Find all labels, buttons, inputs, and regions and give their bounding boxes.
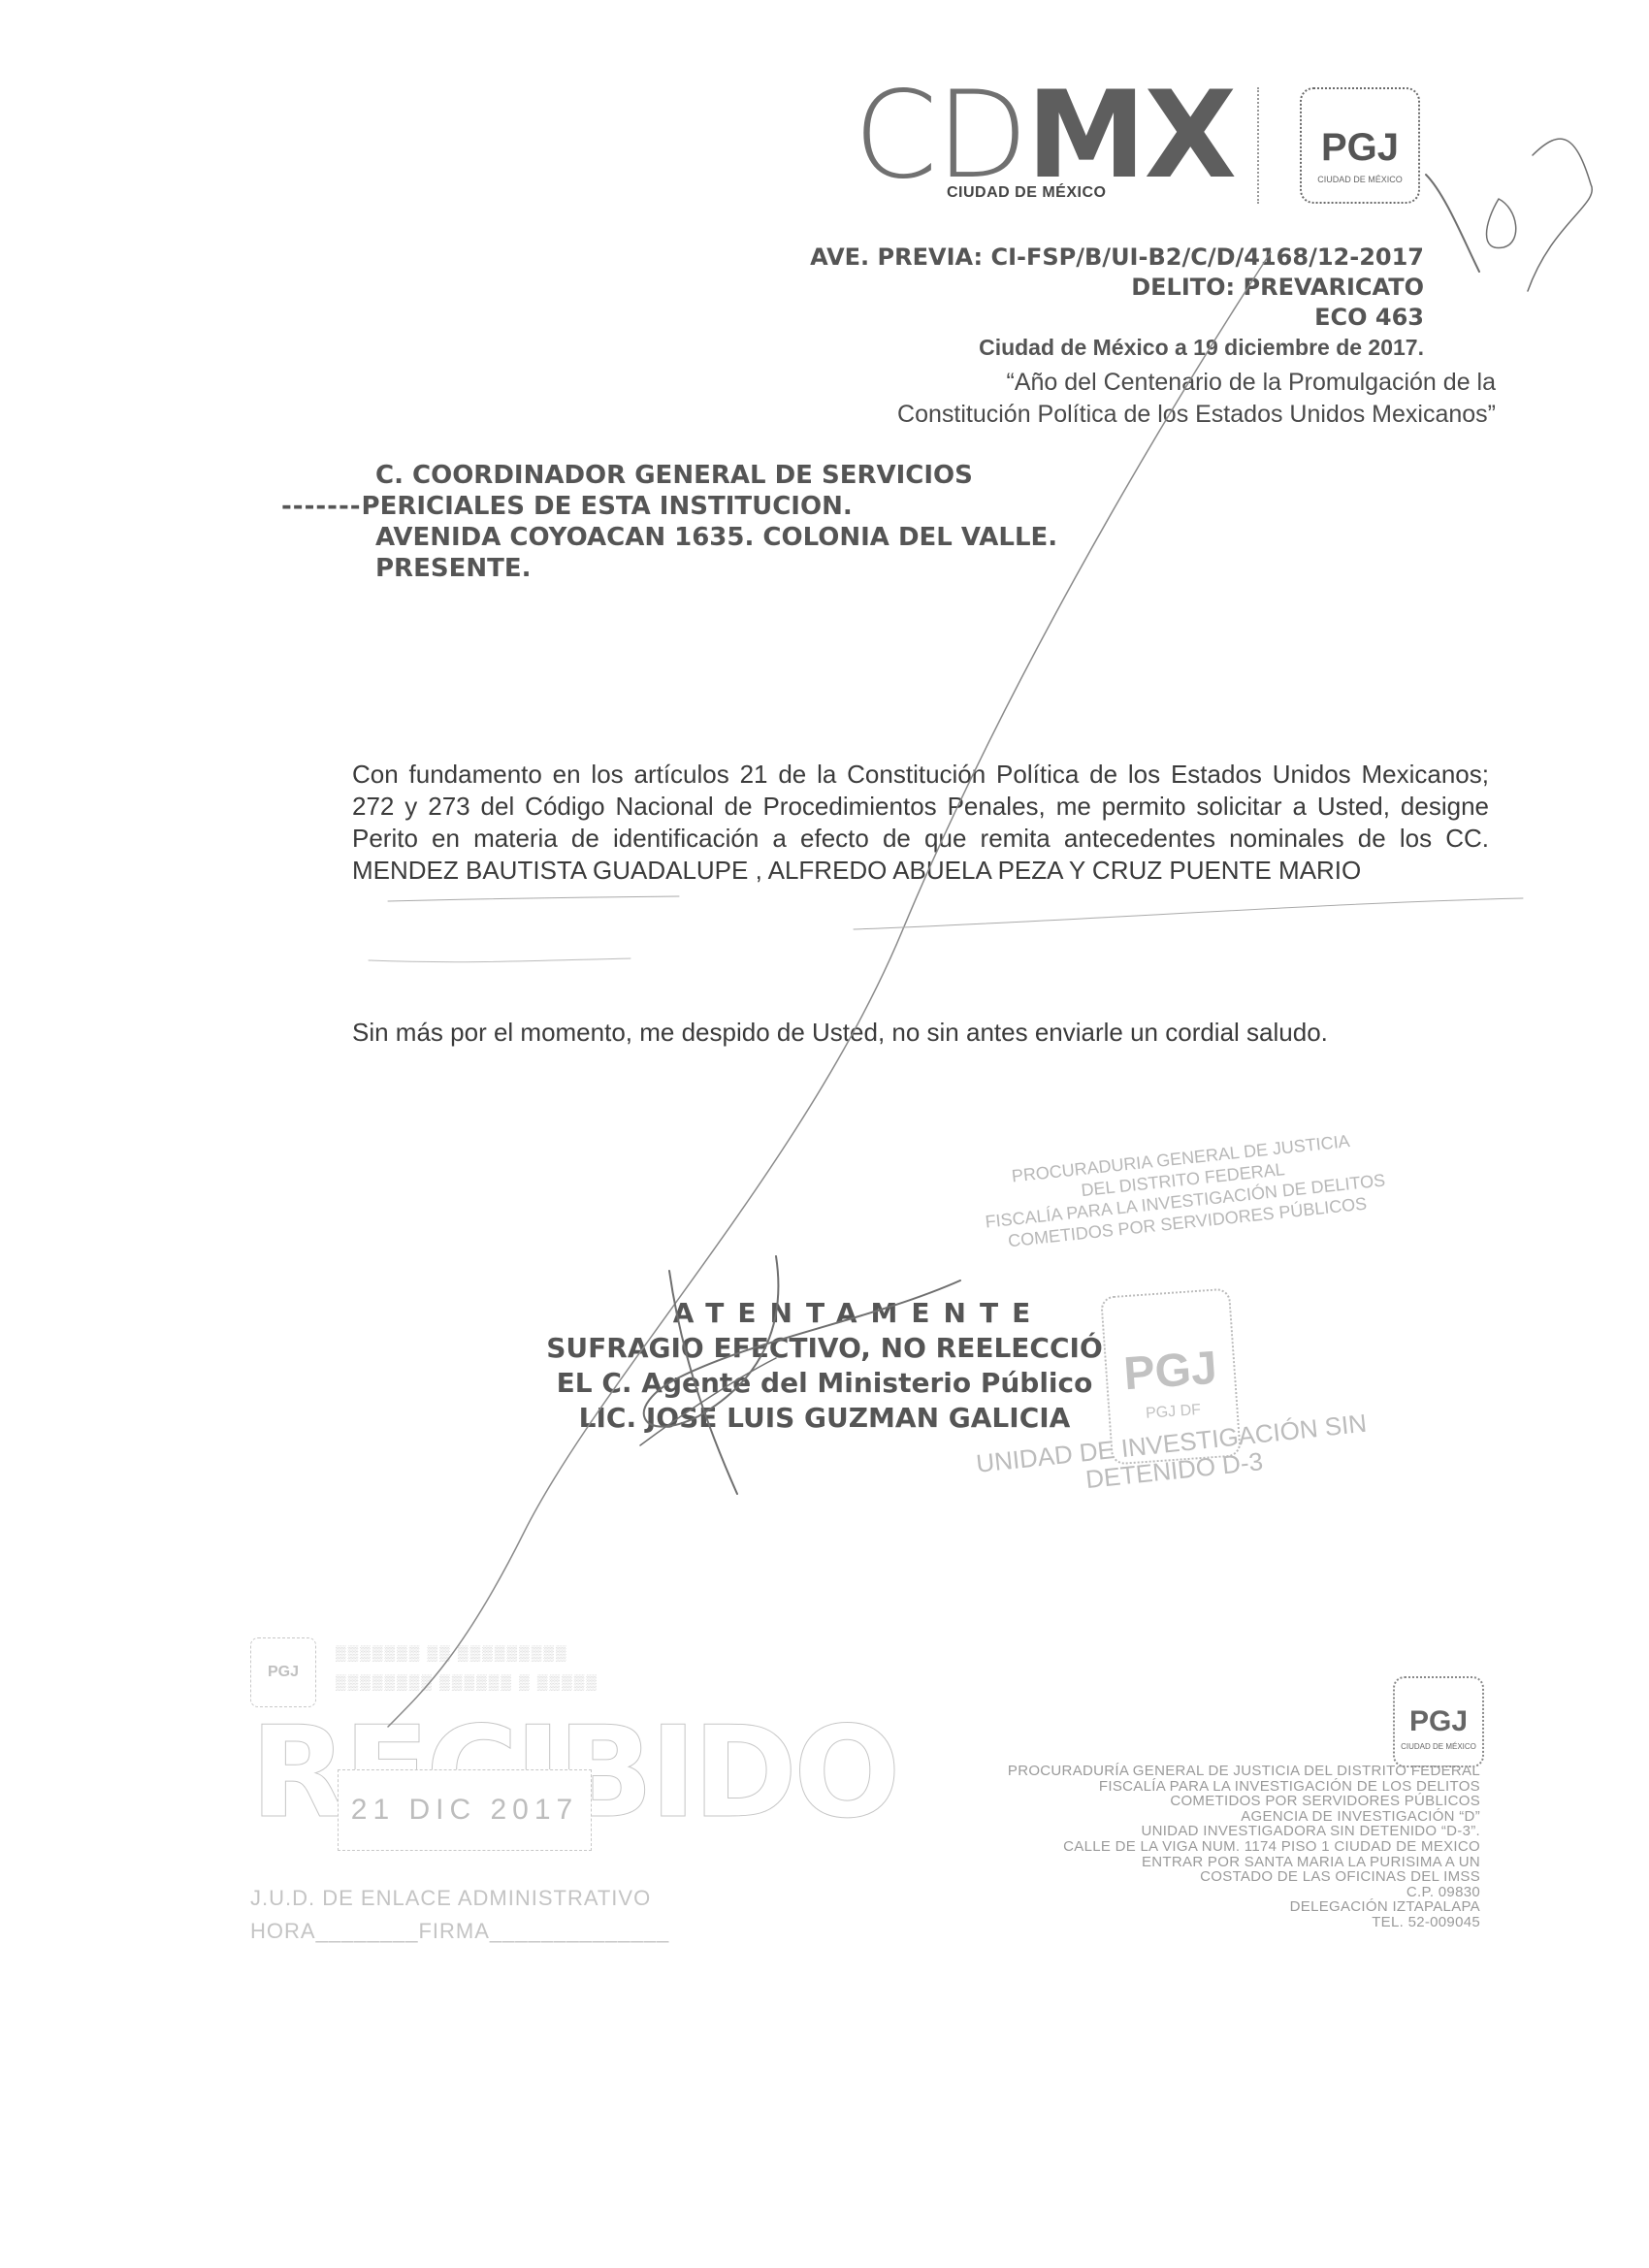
underline-stroke: [369, 958, 630, 962]
document-date: Ciudad de México a 19 diciembre de 2017.: [810, 333, 1424, 362]
cdmx-logo: CDMX CIUDAD DE MÉXICO: [854, 76, 1222, 202]
sign-label: FIRMA: [418, 1919, 489, 1943]
received-stamp-header: ▒▒▒▒▒▒▒▒ ▒▒▒▒▒▒ ▒ ▒▒▒▒▒: [336, 1674, 598, 1691]
received-department: J.U.D. DE ENLACE ADMINISTRATIVO: [250, 1886, 651, 1911]
pgj-footer-subtitle: CIUDAD DE MÉXICO: [1395, 1742, 1482, 1751]
footer-line: AGENCIA DE INVESTIGACIÓN “D”: [1008, 1809, 1480, 1825]
motto-line: “Año del Centenario de la Promulgación d…: [897, 367, 1496, 399]
signature-block: ATENTAMENTE SUFRAGIO EFECTIVO, NO REELEC…: [514, 1296, 1135, 1436]
addressee-line: PERICIALES DE ESTA INSTITUCION.: [362, 492, 853, 521]
signer-role: EL C. Agente del Ministerio Público: [514, 1366, 1135, 1401]
received-date: 21 DIC 2017: [338, 1769, 592, 1851]
slogan: SUFRAGIO EFECTIVO, NO REELECCIÓ: [514, 1331, 1135, 1366]
received-stamp: PGJ ▒▒▒▒▒▒▒ ▒▒ ▒▒▒▒▒▒▒▒▒ ▒▒▒▒▒▒▒▒ ▒▒▒▒▒▒…: [250, 1632, 667, 1942]
footer-line: UNIDAD INVESTIGADORA SIN DETENIDO “D-3”.: [1008, 1824, 1480, 1839]
addressee-line: AVENIDA COYOACAN 1635. COLONIA DEL VALLE…: [281, 522, 1057, 553]
footer-line: DELEGACIÓN IZTAPALAPA: [1008, 1899, 1480, 1915]
dash-prefix: -------: [281, 492, 362, 521]
case-reference-block: AVE. PREVIA: CI-FSP/B/UI-B2/C/D/4168/12-…: [810, 243, 1424, 362]
received-stamp-logo: PGJ: [250, 1637, 316, 1707]
underline-stroke: [854, 898, 1523, 929]
footer-line: ENTRAR POR SANTA MARIA LA PURISIMA A UN: [1008, 1855, 1480, 1870]
cdmx-subtitle: CIUDAD DE MÉXICO: [947, 184, 1106, 202]
footer-line: C.P. 09830: [1008, 1885, 1480, 1900]
footer-line: PROCURADURÍA GENERAL DE JUSTICIA DEL DIS…: [1008, 1764, 1480, 1779]
eco-number: ECO 463: [810, 303, 1424, 333]
logo-divider: [1257, 87, 1259, 204]
top-scribble: [1487, 199, 1516, 248]
body-paragraph: Con fundamento en los artículos 21 de la…: [352, 759, 1489, 887]
cdmx-wordmark: CDMX: [854, 76, 1235, 196]
footer-line: COMETIDOS POR SERVIDORES PÚBLICOS: [1008, 1794, 1480, 1809]
salutation: ATENTAMENTE: [514, 1296, 1135, 1331]
addressee-line: C. COORDINADOR GENERAL DE SERVICIOS: [281, 460, 1057, 491]
received-hour-sign: HORA________FIRMA______________: [250, 1919, 669, 1944]
pgj-footer-text: PGJ: [1395, 1707, 1482, 1736]
pgj-logo-header: PGJ CIUDAD DE MÉXICO: [1300, 87, 1420, 204]
year-motto: “Año del Centenario de la Promulgación d…: [897, 367, 1496, 431]
footer-line: FISCALÍA PARA LA INVESTIGACIÓN DE LOS DE…: [1008, 1779, 1480, 1795]
top-scribble: [1528, 139, 1592, 291]
received-stamp-header: ▒▒▒▒▒▒▒ ▒▒ ▒▒▒▒▒▒▒▒▒: [336, 1645, 568, 1662]
closing-paragraph: Sin más por el momento, me despido de Us…: [352, 1017, 1489, 1049]
addressee-block: C. COORDINADOR GENERAL DE SERVICIOS ----…: [281, 460, 1057, 584]
agency-stamp: PROCURADURIA GENERAL DE JUSTICIA DEL DIS…: [980, 1127, 1388, 1254]
offense: DELITO: PREVARICATO: [810, 273, 1424, 303]
footer-line: CALLE DE LA VIGA NUM. 1174 PISO 1 CIUDAD…: [1008, 1839, 1480, 1855]
hour-label: HORA: [250, 1919, 316, 1943]
institution-footer: PROCURADURÍA GENERAL DE JUSTICIA DEL DIS…: [1008, 1764, 1480, 1930]
addressee-line-2: -------PERICIALES DE ESTA INSTITUCION.: [281, 491, 1057, 522]
underline-stroke: [388, 896, 679, 901]
top-scribble: [1426, 175, 1479, 272]
footer-line: TEL. 52-009045: [1008, 1915, 1480, 1930]
addressee-line: PRESENTE.: [281, 553, 1057, 584]
pgj-logo-subtitle: CIUDAD DE MÉXICO: [1302, 175, 1418, 184]
pgj-logo-footer: PGJ CIUDAD DE MÉXICO: [1393, 1676, 1484, 1767]
footer-line: COSTADO DE LAS OFICINAS DEL IMSS: [1008, 1869, 1480, 1885]
motto-line: Constitución Política de los Estados Uni…: [897, 399, 1496, 431]
pgj-logo-text: PGJ: [1302, 128, 1418, 167]
case-number: AVE. PREVIA: CI-FSP/B/UI-B2/C/D/4168/12-…: [810, 243, 1424, 273]
signer-name: LIC. JOSE LUIS GUZMAN GALICIA: [514, 1401, 1135, 1436]
